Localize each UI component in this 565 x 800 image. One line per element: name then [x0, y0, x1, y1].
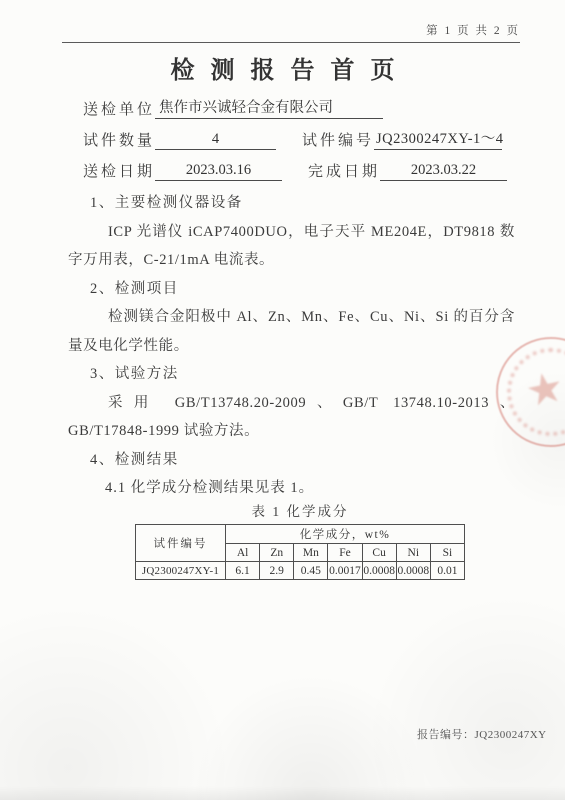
- completion-date-value: 2023.03.22: [380, 162, 507, 181]
- ni-value-cell: 0.0008: [396, 562, 430, 580]
- section-4-body: 4.1 化学成分检测结果见表 1。: [68, 474, 515, 503]
- table-data-row: JQ2300247XY-1 6.1 2.9 0.45 0.0017 0.0008…: [136, 562, 465, 580]
- chemical-composition-table: 试件编号 化学成分，wt% Al Zn Mn Fe Cu Ni Si JQ230…: [135, 524, 465, 580]
- zn-value-cell: 2.9: [260, 562, 294, 580]
- section-1-body: ICP 光谱仪 iCAP7400DUO，电子天平 ME204E，DT9818 数…: [68, 218, 515, 275]
- section-2-heading: 2、检测项目: [68, 275, 515, 304]
- group-header: 化学成分，wt%: [226, 525, 465, 544]
- form-row-dates: 送检日期 2023.03.16 完成日期 2023.03.22: [83, 159, 515, 181]
- col-header-al: Al: [226, 544, 260, 562]
- specimen-qty-label: 试件数量: [83, 129, 155, 150]
- specimen-no-value: JQ2300247XY-1～4: [374, 127, 502, 150]
- table-caption: 表 1 化学成分: [135, 500, 465, 520]
- section-4-heading: 4、检测结果: [68, 446, 515, 475]
- section-1-heading: 1、主要检测仪器设备: [68, 189, 515, 218]
- fe-value-cell: 0.0017: [328, 562, 362, 580]
- completion-date-label: 完成日期: [308, 160, 380, 181]
- section-3-heading: 3、试验方法: [68, 360, 515, 389]
- specimen-qty-value: 4: [155, 131, 276, 150]
- page-indicator: 第 1 页 共 2 页: [426, 22, 520, 38]
- submission-date-value: 2023.03.16: [155, 162, 282, 181]
- col-header-ni: Ni: [396, 544, 430, 562]
- chemical-composition-block: 表 1 化学成分 试件编号 化学成分，wt% Al Zn Mn Fe Cu Ni…: [135, 500, 465, 580]
- mn-value-cell: 0.45: [294, 562, 328, 580]
- specimen-no-label: 试件编号: [302, 129, 374, 150]
- specimen-id-cell: JQ2300247XY-1: [136, 562, 226, 580]
- table-header-row-1: 试件编号 化学成分，wt%: [136, 525, 465, 544]
- col-header-fe: Fe: [328, 544, 362, 562]
- section-3-body: 采用 GB/T13748.20-2009、GB/T 13748.10-2013、…: [68, 389, 515, 446]
- col-header-cu: Cu: [362, 544, 396, 562]
- form-row-unit: 送检单位 焦作市兴诚轻合金有限公司: [83, 97, 515, 119]
- al-value-cell: 6.1: [226, 562, 260, 580]
- section-2-body: 检测镁合金阳极中 Al、Zn、Mn、Fe、Cu、Ni、Si 的百分含量及电化学性…: [68, 303, 515, 360]
- col-header-mn: Mn: [294, 544, 328, 562]
- seal-star-icon: ★: [522, 366, 565, 415]
- report-body: 1、主要检测仪器设备 ICP 光谱仪 iCAP7400DUO，电子天平 ME20…: [68, 189, 515, 503]
- page-title: 检 测 报 告 首 页: [0, 50, 565, 85]
- submission-date-label: 送检日期: [83, 160, 155, 181]
- report-front-page: 第 1 页 共 2 页 检 测 报 告 首 页 送检单位 焦作市兴诚轻合金有限公…: [0, 0, 565, 800]
- submitting-unit-label: 送检单位: [83, 98, 155, 119]
- report-header-form: 送检单位 焦作市兴诚轻合金有限公司 试件数量 4 试件编号 JQ2300247X…: [83, 97, 515, 190]
- report-number: 报告编号：JQ2300247XY: [417, 726, 547, 742]
- si-value-cell: 0.01: [430, 562, 464, 580]
- cu-value-cell: 0.0008: [362, 562, 396, 580]
- col-header-zn: Zn: [260, 544, 294, 562]
- form-row-specimen: 试件数量 4 试件编号 JQ2300247XY-1～4: [83, 128, 515, 150]
- submitting-unit-value: 焦作市兴诚轻合金有限公司: [155, 96, 383, 119]
- specimen-no-header: 试件编号: [136, 525, 226, 562]
- col-header-si: Si: [430, 544, 464, 562]
- header-rule: [62, 42, 520, 43]
